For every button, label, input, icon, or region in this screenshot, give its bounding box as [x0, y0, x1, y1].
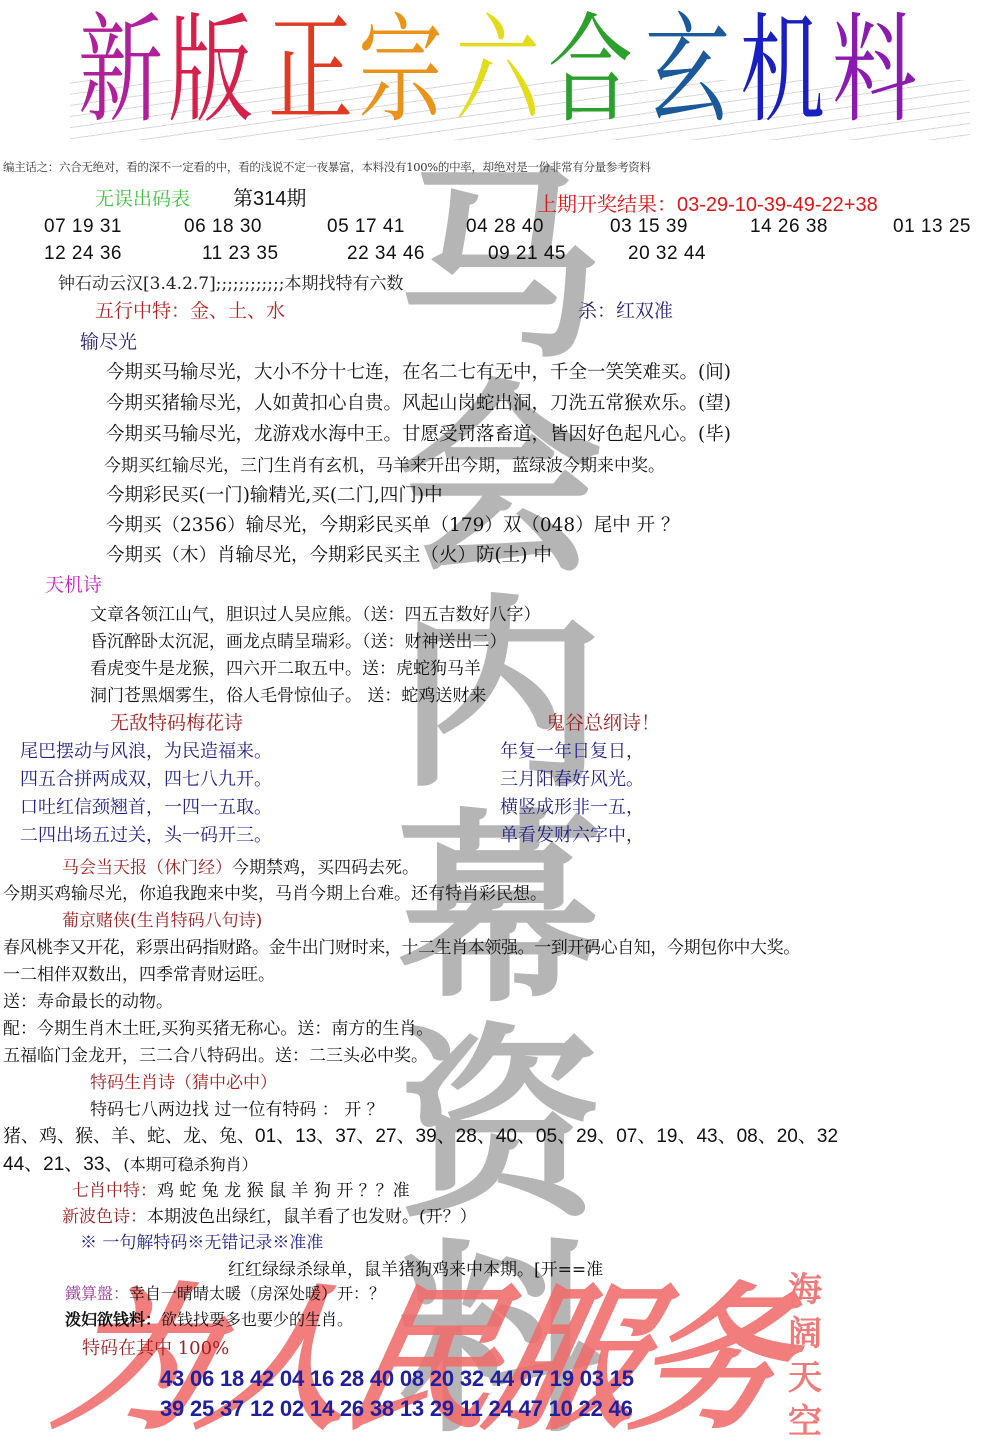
tianji-line: 昏沉醉卧太沉泥，画龙点睛呈瑞彩。（送：财神送出二） — [90, 627, 507, 652]
guigu-line: 年复一年日复日， — [500, 737, 644, 763]
zodiac-list: 猪、鸡、猴、羊、蛇、龙、兔、 — [3, 1126, 255, 1147]
guigu-line: 单看发财六字中， — [500, 821, 644, 847]
mahui-text: 今期禁鸡，买四码去死。 — [232, 858, 419, 878]
tianji-line: 看虎变牛是龙猴，四六开二取五中。送：虎蛇狗马羊 — [90, 654, 481, 679]
number-list: 01、13、37、27、39、28、40、05、29、07、19、43、08、2… — [255, 1126, 838, 1147]
editor-note: 编主话之：六合无绝对，看的深不一定看的中，看的浅说不定一夜暴富，本料没有100%… — [3, 159, 651, 175]
kill-label: 杀：红双准 — [578, 296, 673, 323]
tema-shengxiao-heading: 特码生肖诗（猜中必中） — [90, 1068, 277, 1093]
code-cell: 12 24 36 — [44, 243, 122, 265]
wuxing-label: 五行中特：金、土、水 — [95, 296, 285, 323]
meihua-line: 四五合拼两成双，四七八九开。 — [20, 765, 272, 791]
tiesuan-line: 鐵算盤：幸自一晴晴太暖（房深处暖）开：？ — [65, 1281, 385, 1304]
tianji-heading: 天机诗 — [45, 570, 102, 597]
tianji-line: 文章各领江山气，胆识过人吴应熊。（送：四五吉数好八字） — [90, 600, 541, 625]
code-cell: 07 19 31 — [44, 216, 122, 238]
final-numbers-row1: 43 06 18 42 04 16 28 40 08 20 32 44 07 1… — [160, 1366, 634, 1392]
pujing-line: 一二相伴双数出，四季常青财运旺。 — [3, 960, 275, 985]
pofu-line: 泼妇欲钱料：欲钱找要多也要少的生肖。 — [65, 1307, 353, 1330]
xinbo-text: 本期波色出绿红，鼠羊看了也发财。(开？） — [147, 1207, 477, 1227]
meihua-heading: 无敌特码梅花诗 — [110, 708, 243, 735]
shujinguang-line: 今期买马输尽光，大小不分十七连，在名二七有无中，千全一笑笑难买。(间) — [106, 358, 731, 384]
period-number: 第314期 — [233, 182, 306, 211]
tema-shengxiao-line: 特码七八两边找 过一位有特码 ： 开 ？ — [90, 1095, 384, 1120]
pujing-heading: 葡京赌侠(生肖特码八句诗) — [62, 906, 262, 931]
yiju-text: 红红绿绿杀绿单，鼠羊猪狗鸡来中本期。[开==准 — [228, 1255, 603, 1280]
kill-note: (本期可稳杀狗肖） — [123, 1155, 257, 1174]
tiesuan-text: 幸自一晴晴太暖（房深处暖）开：？ — [129, 1284, 385, 1303]
pujing-line: 五福临门金龙开，三二合八特码出。送：二三头必中奖。 — [3, 1041, 428, 1066]
pujing-line: 春风桃李又开花，彩票出码指财路。金牛出门财时来，十二生肖本领强。一到开码心自知，… — [3, 933, 800, 958]
meihua-line: 二四出场五过关，头一码开三。 — [20, 821, 272, 847]
qixiao-text: 鸡 蛇 兔 龙 猴 鼠 羊 狗 开 ？？准 — [157, 1181, 410, 1201]
mahui-line2: 今期买鸡输尽光，你追我跑来中奖，马肖今期上台难。还有特肖彩民想。 — [3, 879, 547, 904]
shujinguang-line: 今期买马输尽光，龙游戏水海中王。甘愿受罚落畜道，皆因好色起凡心。(毕) — [106, 420, 731, 446]
shujinguang-line: 今期买猪输尽光，人如黄扣心自贵。风起山岗蛇出洞，刀洗五常猴欢乐。(望) — [106, 389, 731, 415]
mahui-heading: 马会当天报（休门经） — [62, 858, 232, 878]
pujing-line: 送：寿命最长的动物。 — [3, 987, 173, 1012]
code-cell: 09 21 45 — [488, 243, 566, 265]
mahui-line: 马会当天报（休门经）今期禁鸡，买四码去死。 — [62, 853, 419, 878]
shujinguang-line: 今期买（木）肖输尽光，今期彩民买主（火）防(土) 中 — [106, 541, 552, 567]
pujing-line: 配：今期生肖木土旺,买狗买猪无称心。送：南方的生肖。 — [3, 1014, 433, 1039]
meihua-line: 口吐红信颈翘首，一四一五取。 — [20, 793, 272, 819]
code-cell: 03 15 39 — [610, 216, 688, 238]
meihua-line: 尾巴摆动与风浪，为民造福来。 — [20, 737, 272, 763]
final-numbers-row2: 39 25 37 12 02 14 26 38 13 29 11 24 47 1… — [160, 1396, 633, 1422]
qixiao-label: 七肖中特： — [72, 1181, 157, 1201]
pofu-label: 泼妇欲钱料： — [65, 1310, 161, 1329]
xinbo-label: 新波色诗： — [62, 1207, 147, 1227]
tema-zodiac-numbers: 猪、鸡、猴、羊、蛇、龙、兔、01、13、37、27、39、28、40、05、29… — [3, 1121, 838, 1148]
number-list: 44、21、33、 — [3, 1154, 123, 1175]
shujinguang-line: 今期买红输尽光，三门生肖有玄机，马羊来开出今期，蓝绿波今期来中奖。 — [104, 451, 665, 476]
tianji-line: 洞门苍黑烟雾生，俗人毛骨惊仙子。 送：蛇鸡送财来 — [90, 681, 486, 706]
shujinguang-line: 今期买（2356）输尽光，今期彩民买单（179）双（048）尾中 开 ？ — [106, 511, 679, 537]
shujinguang-line: 今期彩民买(一门)输精光,买(二门,四门)中 — [106, 481, 443, 507]
last-result: 上期开奖结果：03-29-10-39-49-22+38 — [537, 188, 878, 217]
code-cell: 06 18 30 — [184, 216, 262, 238]
xinbo-line: 新波色诗：本期波色出绿红，鼠羊看了也发财。(开？） — [62, 1202, 477, 1227]
pofu-text: 欲钱找要多也要少的生肖。 — [161, 1310, 353, 1329]
yiju-heading: ※ 一句解特码※无错记录※准准 — [80, 1228, 323, 1253]
code-cell: 20 32 44 — [628, 243, 706, 265]
code-cell: 11 23 35 — [202, 243, 279, 265]
clue-line: 钟石动云汉[3.4.2.7];;;;;;;;;;;;本期找特有六数 — [58, 269, 403, 294]
content-layer: 编主话之：六合无绝对，看的深不一定看的中，看的浅说不定一夜暴富，本料没有100%… — [0, 0, 987, 1448]
code-cell: 01 13 25 — [893, 216, 971, 238]
tiesuan-label: 鐵算盤： — [65, 1284, 129, 1303]
code-cell: 04 28 40 — [466, 216, 544, 238]
final-heading: 特码在其中 100% — [82, 1334, 229, 1360]
shujinguang-heading: 输尽光 — [80, 327, 137, 354]
tema-numbers-row2: 44、21、33、(本期可稳杀狗肖） — [3, 1149, 258, 1176]
code-cell: 05 17 41 — [327, 216, 405, 238]
chart-header-label: 无误出码表 — [95, 184, 190, 211]
guigu-heading: 鬼谷总纲诗！ — [546, 708, 660, 735]
guigu-line: 三月阳春好风光。 — [500, 765, 644, 791]
code-cell: 22 34 46 — [347, 243, 425, 265]
guigu-line: 横竖成形非一五， — [500, 793, 644, 819]
code-cell: 14 26 38 — [750, 216, 828, 238]
qixiao-line: 七肖中特：鸡 蛇 兔 龙 猴 鼠 羊 狗 开 ？？准 — [72, 1176, 410, 1201]
